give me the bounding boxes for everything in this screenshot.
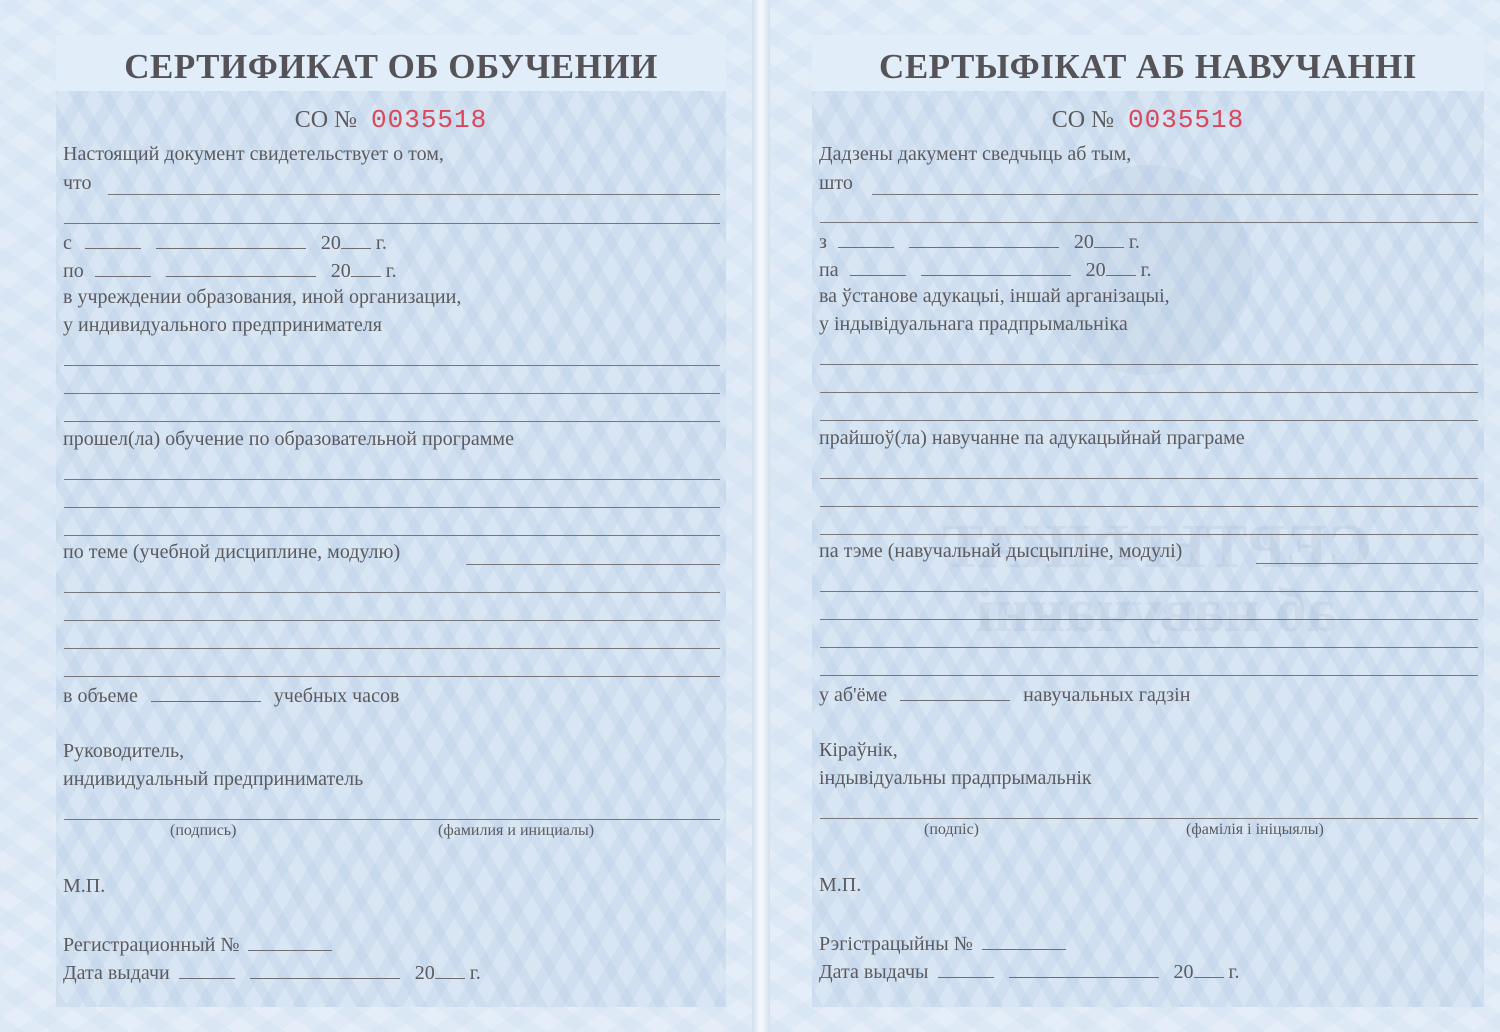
- topic-field-2[interactable]: [64, 592, 720, 593]
- head-line-2: индивидуальный предприниматель: [63, 768, 363, 791]
- certificate-number-line: СО №0035518: [56, 105, 726, 135]
- name-caption: (фамилия и инициалы): [438, 822, 594, 840]
- issue-date-line: Дата выдачы 20 г.: [819, 959, 1239, 984]
- topic-field-5[interactable]: [820, 675, 1478, 676]
- head-line-1: Руководитель,: [63, 740, 184, 763]
- year-prefix: 20: [415, 962, 435, 984]
- volume-line: у аб'ёме навучальных гадзін: [819, 682, 1190, 707]
- institution-field-1[interactable]: [64, 365, 720, 366]
- signature-caption: (подпіс): [924, 821, 979, 839]
- topic-field-2[interactable]: [820, 591, 1478, 592]
- year-suffix: г.: [1129, 231, 1140, 253]
- recipient-field-1[interactable]: [108, 194, 720, 195]
- signature-caption: (подпись): [170, 822, 236, 840]
- registration-label: Рэгістрацыйны №: [819, 933, 973, 955]
- to-label: по: [63, 260, 84, 282]
- registration-line: Регистрационный №: [63, 932, 332, 957]
- registration-label: Регистрационный №: [63, 934, 239, 956]
- from-day-field[interactable]: [85, 230, 141, 249]
- program-field-1[interactable]: [820, 478, 1478, 479]
- from-label: з: [819, 231, 827, 253]
- issue-month-field[interactable]: [250, 960, 400, 979]
- head-line-2: індывідуальны прадпрымальнік: [819, 767, 1092, 790]
- to-label: па: [819, 259, 839, 281]
- certificate-frame: СЕРТЫФІКАТ аб навучанні СЕРТЫФІКАТ АБ НА…: [812, 35, 1484, 1007]
- date-to-line: па 20 г.: [819, 257, 1152, 282]
- date-from-line: з 20 г.: [819, 229, 1140, 254]
- stamp-label: М.П.: [63, 875, 105, 898]
- institution-field-1[interactable]: [820, 364, 1478, 365]
- certificate-title: СЕРТИФИКАТ ОБ ОБУЧЕНИИ: [56, 47, 726, 87]
- registration-line: Рэгістрацыйны №: [819, 931, 1066, 956]
- issue-day-field[interactable]: [938, 959, 994, 978]
- institution-field-2[interactable]: [820, 392, 1478, 393]
- year-prefix: 20: [1174, 961, 1194, 983]
- to-year-field[interactable]: [1106, 257, 1136, 276]
- topic-field-1[interactable]: [466, 564, 720, 565]
- program-field-2[interactable]: [64, 507, 720, 508]
- issue-year-field[interactable]: [435, 960, 465, 979]
- to-month-field[interactable]: [166, 258, 316, 277]
- volume-suffix: учебных часов: [274, 685, 400, 707]
- topic-field-3[interactable]: [64, 620, 720, 621]
- year-suffix: г.: [376, 232, 387, 254]
- hours-field[interactable]: [900, 682, 1010, 701]
- year-suffix: г.: [1141, 259, 1152, 281]
- from-month-field[interactable]: [909, 229, 1059, 248]
- volume-suffix: навучальных гадзін: [1023, 684, 1190, 706]
- date-to-line: по 20 г.: [63, 258, 397, 283]
- from-label: с: [63, 232, 72, 254]
- year-prefix: 20: [331, 260, 351, 282]
- from-year-field[interactable]: [1094, 229, 1124, 248]
- issue-date-label: Дата выдачи: [63, 962, 170, 984]
- topic-label: по теме (учебной дисциплине, модулю): [63, 541, 400, 564]
- cert-number: 0035518: [371, 105, 487, 135]
- certificate-page-russian: СЕРТИФИКАТ ОБ ОБУЧЕНИИ СО №0035518 Насто…: [0, 0, 752, 1032]
- volume-prefix: в объеме: [63, 685, 138, 707]
- to-day-field[interactable]: [95, 258, 151, 277]
- registration-number-field[interactable]: [248, 932, 332, 951]
- from-month-field[interactable]: [156, 230, 306, 249]
- year-suffix: г.: [1229, 961, 1240, 983]
- to-day-field[interactable]: [850, 257, 906, 276]
- year-prefix: 20: [321, 232, 341, 254]
- program-field-3[interactable]: [820, 534, 1478, 535]
- institution-line-1: в учреждении образования, иной организац…: [63, 286, 461, 309]
- topic-field-4[interactable]: [64, 648, 720, 649]
- program-field-3[interactable]: [64, 535, 720, 536]
- recipient-field-2[interactable]: [64, 223, 720, 224]
- topic-field-4[interactable]: [820, 647, 1478, 648]
- institution-field-3[interactable]: [64, 421, 720, 422]
- intro-line-1: Дадзены дакумент сведчыць аб тым,: [819, 143, 1131, 166]
- to-year-field[interactable]: [351, 258, 381, 277]
- intro-line-2: што: [819, 172, 853, 195]
- recipient-field-1[interactable]: [872, 194, 1478, 195]
- certificate-title: СЕРТЫФІКАТ АБ НАВУЧАННІ: [812, 47, 1484, 87]
- recipient-field-2[interactable]: [820, 222, 1478, 223]
- topic-field-5[interactable]: [64, 676, 720, 677]
- cert-prefix: СО №: [295, 107, 357, 133]
- year-prefix: 20: [1086, 259, 1106, 281]
- volume-prefix: у аб'ёме: [819, 684, 887, 706]
- from-year-field[interactable]: [341, 230, 371, 249]
- page-gutter: [752, 0, 770, 1032]
- signature-field[interactable]: [820, 818, 1478, 819]
- from-day-field[interactable]: [838, 229, 894, 248]
- certificate-number-line: СО №0035518: [812, 105, 1484, 135]
- topic-field-1[interactable]: [1256, 563, 1478, 564]
- year-suffix: г.: [470, 962, 481, 984]
- institution-line-2: у індывідуальнага прадпрымальніка: [819, 313, 1128, 336]
- certificate-frame: СЕРТИФИКАТ ОБ ОБУЧЕНИИ СО №0035518 Насто…: [56, 35, 726, 1007]
- name-caption: (фамілія і ініцыялы): [1186, 821, 1324, 839]
- institution-line-1: ва ўстанове адукацыі, іншай арганізацыі,: [819, 285, 1170, 308]
- institution-field-3[interactable]: [820, 420, 1478, 421]
- year-prefix: 20: [1074, 231, 1094, 253]
- program-field-2[interactable]: [820, 506, 1478, 507]
- topic-label: па тэме (навучальнай дысцыпліне, модулі): [819, 540, 1182, 563]
- intro-line-2: что: [63, 172, 92, 195]
- issue-year-field[interactable]: [1194, 959, 1224, 978]
- intro-line-1: Настоящий документ свидетельствует о том…: [63, 143, 444, 166]
- program-field-1[interactable]: [64, 479, 720, 480]
- issue-date-label: Дата выдачы: [819, 961, 929, 983]
- issue-day-field[interactable]: [179, 960, 235, 979]
- issue-month-field[interactable]: [1009, 959, 1159, 978]
- institution-line-2: у индивидуального предпринимателя: [63, 314, 382, 337]
- certificate-page-belarusian: СЕРТЫФІКАТ аб навучанні СЕРТЫФІКАТ АБ НА…: [770, 0, 1500, 1032]
- to-month-field[interactable]: [921, 257, 1071, 276]
- topic-field-3[interactable]: [820, 619, 1478, 620]
- program-label: прайшоў(ла) навучанне па адукацыйнай пра…: [819, 427, 1245, 450]
- head-line-1: Кіраўнік,: [819, 739, 898, 762]
- stamp-label: М.П.: [819, 874, 861, 897]
- volume-line: в объеме учебных часов: [63, 683, 399, 708]
- issue-date-line: Дата выдачи 20 г.: [63, 960, 481, 985]
- cert-prefix: СО №: [1052, 107, 1114, 133]
- cert-number: 0035518: [1128, 105, 1244, 135]
- year-suffix: г.: [386, 260, 397, 282]
- hours-field[interactable]: [151, 683, 261, 702]
- program-label: прошел(ла) обучение по образовательной п…: [63, 428, 514, 451]
- signature-field[interactable]: [64, 819, 720, 820]
- registration-number-field[interactable]: [982, 931, 1066, 950]
- institution-field-2[interactable]: [64, 393, 720, 394]
- date-from-line: с 20 г.: [63, 230, 387, 255]
